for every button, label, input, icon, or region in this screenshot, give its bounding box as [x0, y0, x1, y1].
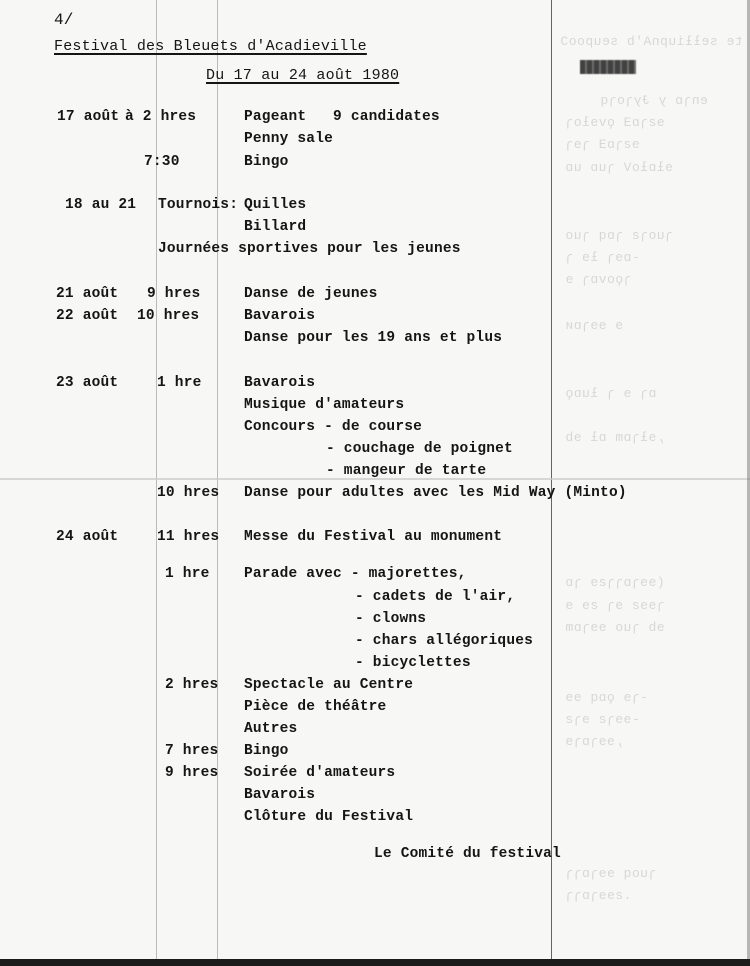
- schedule-event: Journées sportives pour les jeunes: [158, 242, 461, 257]
- schedule-day: 21 août: [56, 287, 118, 302]
- schedule-event: Danse pour les 19 ans et plus: [244, 331, 502, 346]
- ink-blot: [580, 60, 636, 74]
- schedule-time: 1 hre: [165, 567, 210, 582]
- schedule-event: - chars allégoriques: [355, 634, 533, 649]
- schedule-event: Autres: [244, 722, 297, 737]
- schedule-event: Clôture du Festival: [244, 810, 413, 825]
- scanned-page: sd tnoq ertneƆ te seƚƚiupnA'b seupooƆ en…: [0, 0, 750, 966]
- schedule-day: 17 août: [57, 110, 119, 125]
- schedule-time: 9 hres: [147, 287, 200, 302]
- schedule-event: Soirée d'amateurs: [244, 766, 395, 781]
- schedule-event: Bavarois: [244, 376, 315, 391]
- schedule-event: Musique d'amateurs: [244, 398, 404, 413]
- schedule-event: Parade avec - majorettes,: [244, 567, 467, 582]
- schedule-event: - bicyclettes: [355, 656, 471, 671]
- schedule-time: Tournois:: [158, 198, 238, 213]
- schedule-event: Messe du Festival au monument: [244, 530, 502, 545]
- schedule-event: - cadets de l'air,: [355, 590, 515, 605]
- schedule-day: 22 août: [56, 309, 118, 324]
- schedule-event: Bavarois: [244, 788, 315, 803]
- schedule-day: 24 août: [56, 530, 118, 545]
- schedule-event: Pièce de théâtre: [244, 700, 386, 715]
- schedule-event: Bingo: [244, 744, 289, 759]
- schedule-event: Pageant 9 candidates: [244, 110, 440, 125]
- schedule-day: 23 août: [56, 376, 118, 391]
- schedule-event: Concours - de course: [244, 420, 422, 435]
- schedule-event: - mangeur de tarte: [326, 464, 486, 479]
- schedule-day: 18 au 21: [65, 198, 136, 213]
- document-title: Festival des Bleuets d'Acadieville: [54, 39, 367, 54]
- schedule-event: Danse pour adultes avec les Mid Way (Min…: [244, 486, 627, 501]
- schedule-time: 9 hres: [165, 766, 218, 781]
- schedule-event: Penny sale: [244, 132, 333, 147]
- schedule-event: Bavarois: [244, 309, 315, 324]
- page-number: 4/: [54, 12, 74, 28]
- fold-line: [217, 0, 218, 966]
- schedule-time: 11 hres: [157, 530, 219, 545]
- schedule-time: 7:30: [144, 155, 180, 170]
- schedule-event: Quilles: [244, 198, 306, 213]
- schedule-event: - couchage de poignet: [326, 442, 513, 457]
- schedule-time: 2 hres: [165, 678, 218, 693]
- schedule-event: Danse de jeunes: [244, 287, 378, 302]
- fold-line: [156, 0, 157, 966]
- schedule-event: - clowns: [355, 612, 426, 627]
- schedule-time: à 2 hres: [125, 110, 196, 125]
- schedule-event: Spectacle au Centre: [244, 678, 413, 693]
- schedule-time: 1 hre: [157, 376, 202, 391]
- fold-line: [551, 0, 552, 966]
- signature: Le Comité du festival: [374, 847, 561, 862]
- schedule-time: 10 hres: [137, 309, 199, 324]
- schedule-event: Billard: [244, 220, 306, 235]
- schedule-time: 10 hres: [157, 486, 219, 501]
- page-edge: [0, 959, 750, 966]
- schedule-event: Bingo: [244, 155, 289, 170]
- schedule-time: 7 hres: [165, 744, 218, 759]
- date-range: Du 17 au 24 août 1980: [206, 68, 399, 83]
